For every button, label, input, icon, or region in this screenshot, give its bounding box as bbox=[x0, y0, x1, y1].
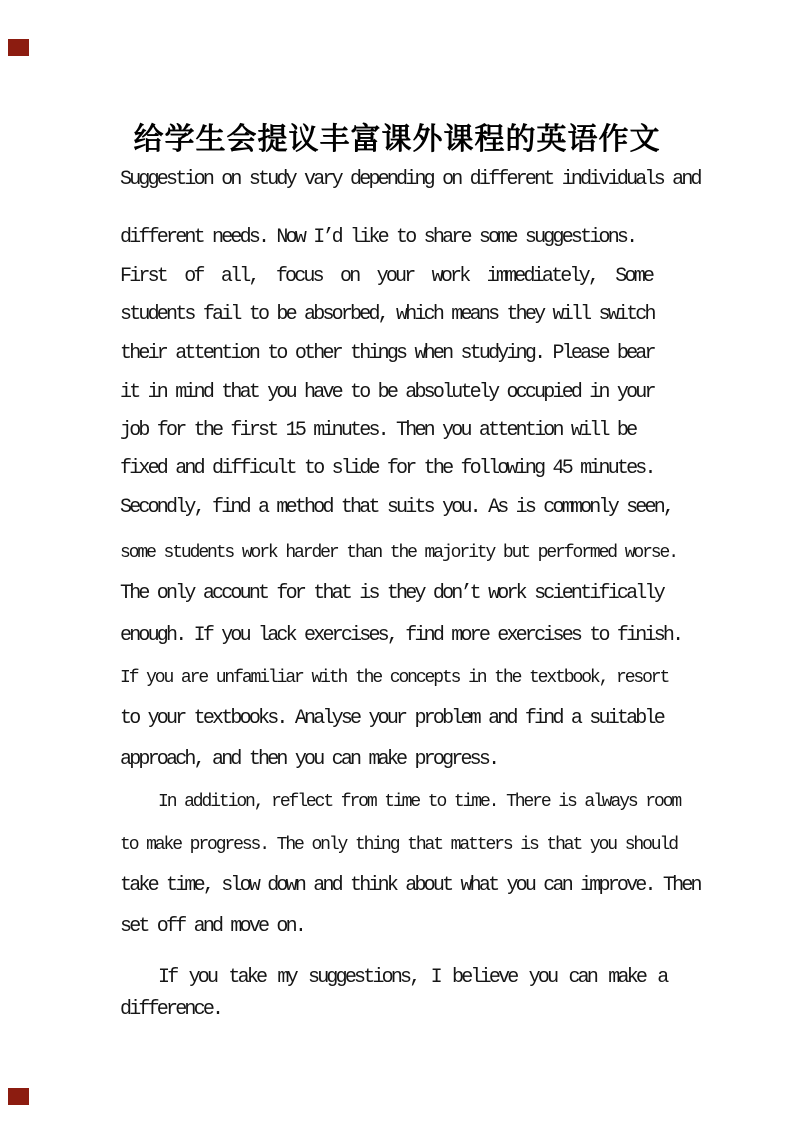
essay-line: Secondly, find a method that suits you. … bbox=[120, 498, 672, 518]
essay-line: students fail to be absorbed, which mean… bbox=[120, 305, 654, 325]
essay-line: to make progress. The only thing that ma… bbox=[120, 836, 677, 854]
essay-line: some students work harder than the major… bbox=[120, 544, 677, 562]
essay-line: In addition, reflect from time to time. … bbox=[158, 793, 680, 811]
essay-line: enough. If you lack exercises, find more… bbox=[120, 626, 681, 646]
essay-line: Suggestion on study vary depending on di… bbox=[120, 170, 700, 190]
essay-line: approach, and then you can make progress… bbox=[120, 750, 497, 770]
essay-line: their attention to other things when stu… bbox=[120, 344, 654, 364]
essay-line: difference. bbox=[120, 1000, 221, 1020]
essay-line: it in mind that you have to be absolutel… bbox=[120, 383, 654, 403]
essay-line: The only account for that is they don’t … bbox=[120, 584, 663, 604]
essay-line: If you take my suggestions, I believe yo… bbox=[158, 968, 667, 988]
document-title: 给学生会提议丰富课外课程的英语作文 bbox=[0, 114, 794, 158]
essay-line: First of all, focus on your work immedia… bbox=[120, 267, 652, 287]
essay-line: fixed and difficult to slide for the fol… bbox=[120, 459, 654, 479]
essay-line: different needs. Now I’d like to share s… bbox=[120, 228, 635, 248]
document-page: 给学生会提议丰富课外课程的英语作文 Suggestion on study va… bbox=[0, 0, 794, 1123]
essay-line: to your textbooks. Analyse your problem … bbox=[120, 709, 663, 729]
essay-line: If you are unfamiliar with the concepts … bbox=[120, 669, 668, 687]
page-corner-mark-bottom bbox=[8, 1088, 29, 1105]
essay-line: job for the first 15 minutes. Then you a… bbox=[120, 421, 635, 441]
page-corner-mark-top bbox=[8, 39, 29, 56]
essay-line: set off and move on. bbox=[120, 917, 304, 937]
essay-line: take time, slow down and think about wha… bbox=[120, 876, 700, 896]
